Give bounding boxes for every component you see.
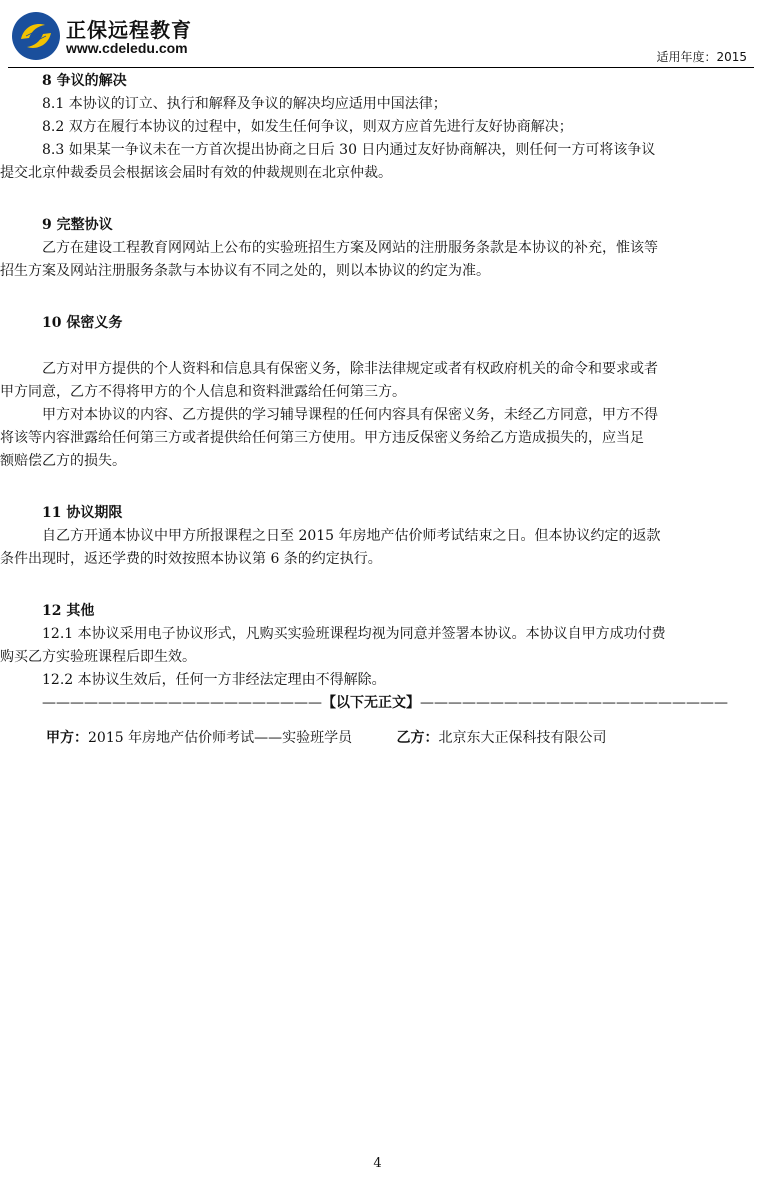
section-title: 11 协议期限: [42, 502, 752, 525]
signature-line: 甲方：2015 年房地产估价师考试——实验班学员 乙方：北京东大正保科技有限公司: [46, 727, 607, 747]
clause-text: 12.2 本协议生效后，任何一方非经法定理由不得解除。: [42, 669, 752, 692]
document-body: 8 争议的解决 8.1 本协议的订立、执行和解释及争议的解决均应适用中国法律； …: [42, 70, 752, 715]
cdeledu-logo-icon: [12, 12, 60, 60]
party-a-label: 甲方：: [46, 730, 88, 746]
clause-text: 招生方案及网站注册服务条款与本协议有不同之处的，则以本协议的约定为准。: [0, 260, 752, 283]
party-a-value: 2015 年房地产估价师考试——实验班学员: [88, 730, 352, 746]
clause-text: 购买乙方实验班课程后即生效。: [0, 646, 752, 669]
section-title: 12 其他: [42, 600, 752, 623]
page-number: 4: [0, 1156, 755, 1171]
party-b-label: 乙方：: [397, 730, 439, 746]
section-title: 10 保密义务: [42, 312, 752, 335]
clause-text: 甲方同意，乙方不得将甲方的个人信息和资料泄露给任何第三方。: [0, 381, 752, 404]
clause-text: 自乙方开通本协议中甲方所报课程之日至 2015 年房地产估价师考试结束之日。但本…: [42, 525, 752, 548]
header-divider: [8, 67, 754, 68]
clause-text: 乙方在建设工程教育网网站上公布的实验班招生方案及网站的注册服务条款是本协议的补充…: [42, 237, 752, 260]
clause-text: 将该等内容泄露给任何第三方或者提供给任何第三方使用。甲方违反保密义务给乙方造成损…: [0, 427, 752, 450]
page-header: 正保远程教育 www.cdeledu.com 适用年度：2015: [0, 0, 775, 70]
clause-text: 8.3 如果某一争议未在一方首次提出协商之日后 30 日内通过友好协商解决，则任…: [42, 139, 752, 162]
section-title: 8 争议的解决: [42, 70, 752, 93]
clause-text: 乙方对甲方提供的个人资料和信息具有保密义务，除非法律规定或者有权政府机关的命令和…: [42, 358, 752, 381]
end-dashes-right: ——————————————————————: [420, 695, 728, 711]
clause-text: 8.1 本协议的订立、执行和解释及争议的解决均应适用中国法律；: [42, 93, 752, 116]
clause-text: 12.1 本协议采用电子协议形式，凡购买实验班课程均视为同意并签署本协议。本协议…: [42, 623, 752, 646]
brand-name: 正保远程教育: [66, 14, 192, 43]
end-dashes-left: ————————————————————: [42, 695, 322, 711]
brand-url: www.cdeledu.com: [66, 40, 188, 56]
clause-text: 提交北京仲裁委员会根据该会届时有效的仲裁规则在北京仲裁。: [0, 162, 752, 185]
clause-text: 甲方对本协议的内容、乙方提供的学习辅导课程的任何内容具有保密义务，未经乙方同意，…: [42, 404, 752, 427]
applicable-year: 适用年度：2015: [656, 48, 747, 65]
clause-text: 8.2 双方在履行本协议的过程中，如发生任何争议，则双方应首先进行友好协商解决；: [42, 116, 752, 139]
party-b-value: 北京东大正保科技有限公司: [439, 730, 607, 746]
end-of-text-marker: ————————————————————【以下无正文】—————————————…: [42, 692, 752, 715]
section-title: 9 完整协议: [42, 214, 752, 237]
clause-text: 条件出现时，返还学费的时效按照本协议第 6 条的约定执行。: [0, 548, 752, 571]
clause-text: 额赔偿乙方的损失。: [0, 450, 752, 473]
end-label: 【以下无正文】: [322, 695, 420, 711]
